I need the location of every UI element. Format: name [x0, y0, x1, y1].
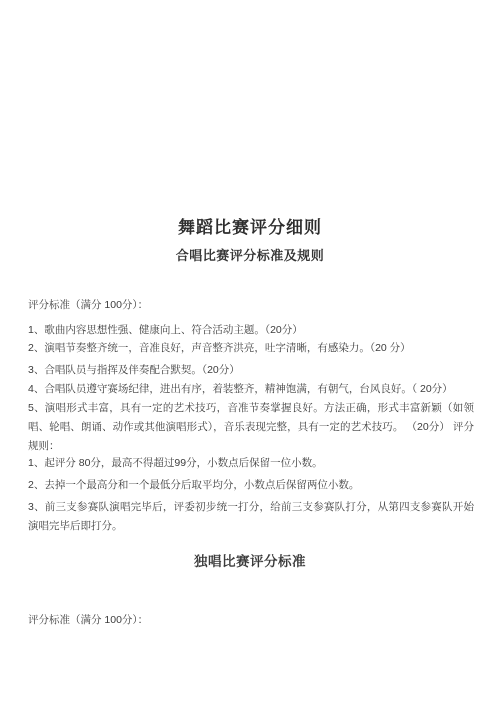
solo-scoring-intro: 评分标准（满分 100分）： — [28, 611, 474, 630]
document-title: 舞蹈比赛评分细则 — [0, 216, 500, 240]
chorus-criterion-2: 2、演唱节奏整齐统一，音准良好，声音整齐洪亮，吐字清晰，有感染力。（20 分） — [28, 339, 474, 358]
chorus-criterion-1: 1、歌曲内容思想性强、健康向上、符合活动主题。（20分） — [28, 321, 474, 340]
document-subtitle: 合唱比赛评分标准及规则 — [0, 247, 500, 265]
chorus-criterion-3: 3、合唱队员与指挥及伴奏配合默契。（20分） — [28, 361, 474, 380]
solo-section-heading: 独唱比赛评分标准 — [0, 552, 500, 571]
chorus-rule-3: 3、前三支参赛队演唱完毕后，评委初步统一打分，给前三支参赛队打分，从第四支参赛队… — [28, 498, 474, 536]
chorus-rule-1: 1、起评分 80分，最高不得超过99分，小数点后保留一位小数。 — [28, 454, 474, 473]
document-page: 舞蹈比赛评分细则 合唱比赛评分标准及规则 评分标准（满分 100分）： 1、歌曲… — [0, 0, 500, 707]
chorus-scoring-intro: 评分标准（满分 100分）： — [28, 296, 474, 315]
chorus-criterion-4: 4、合唱队员遵守赛场纪律，进出有序，着装整齐，精神饱满，有朝气，台风良好。（ 2… — [28, 380, 474, 399]
chorus-rule-2: 2、去掉一个最高分和一个最低分后取平均分，小数点后保留两位小数。 — [28, 476, 474, 495]
chorus-criterion-5: 5、演唱形式丰富，具有一定的艺术技巧，音准节奏掌握良好。方法正确，形式丰富新颖（… — [28, 399, 474, 456]
